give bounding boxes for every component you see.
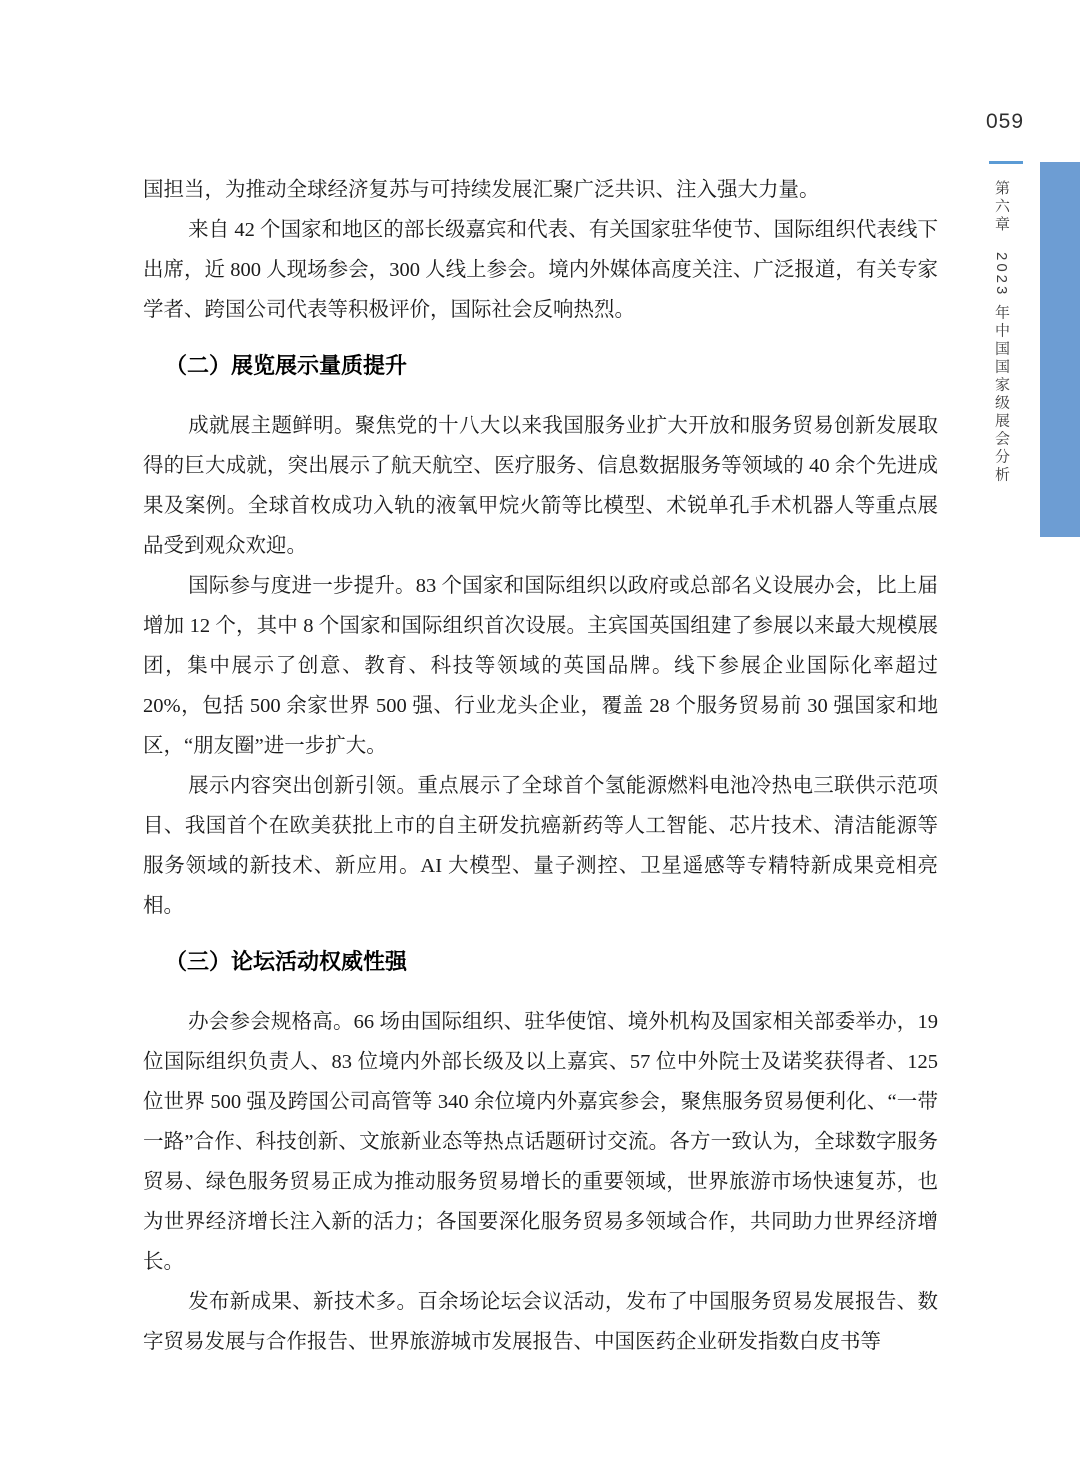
page-number: 059 <box>986 110 1024 134</box>
body-text: 国担当，为推动全球经济复苏与可持续发展汇聚广泛共识、注入强大力量。来自 42 个… <box>143 170 938 1362</box>
paragraph: 展示内容突出创新引领。重点展示了全球首个氢能源燃料电池冷热电三联供示范项目、我国… <box>143 766 938 926</box>
section-heading: （二）展览展示量质提升 <box>143 346 938 386</box>
section-heading: （三）论坛活动权威性强 <box>143 942 938 982</box>
paragraph: 成就展主题鲜明。聚焦党的十八大以来我国服务业扩大开放和服务贸易创新发展取得的巨大… <box>143 406 938 566</box>
paragraph: 国际参与度进一步提升。83 个国家和国际组织以政府或总部名义设展办会，比上届增加… <box>143 566 938 766</box>
paragraph: 来自 42 个国家和地区的部长级嘉宾和代表、有关国家驻华使节、国际组织代表线下出… <box>143 210 938 330</box>
paragraph: 办会参会规格高。66 场由国际组织、驻华使馆、境外机构及国家相关部委举办，19 … <box>143 1002 938 1282</box>
paragraph: 国担当，为推动全球经济复苏与可持续发展汇聚广泛共识、注入强大力量。 <box>143 170 938 210</box>
chapter-accent-bar <box>1040 162 1080 537</box>
paragraph: 发布新成果、新技术多。百余场论坛会议活动，发布了中国服务贸易发展报告、数字贸易发… <box>143 1282 938 1362</box>
document-page: 059 第六章 2023 年中国国家级展会分析 国担当，为推动全球经济复苏与可持… <box>0 0 1080 1465</box>
header-rule <box>989 161 1023 164</box>
chapter-sidebar-title: 第六章 2023 年中国国家级展会分析 <box>991 180 1012 520</box>
